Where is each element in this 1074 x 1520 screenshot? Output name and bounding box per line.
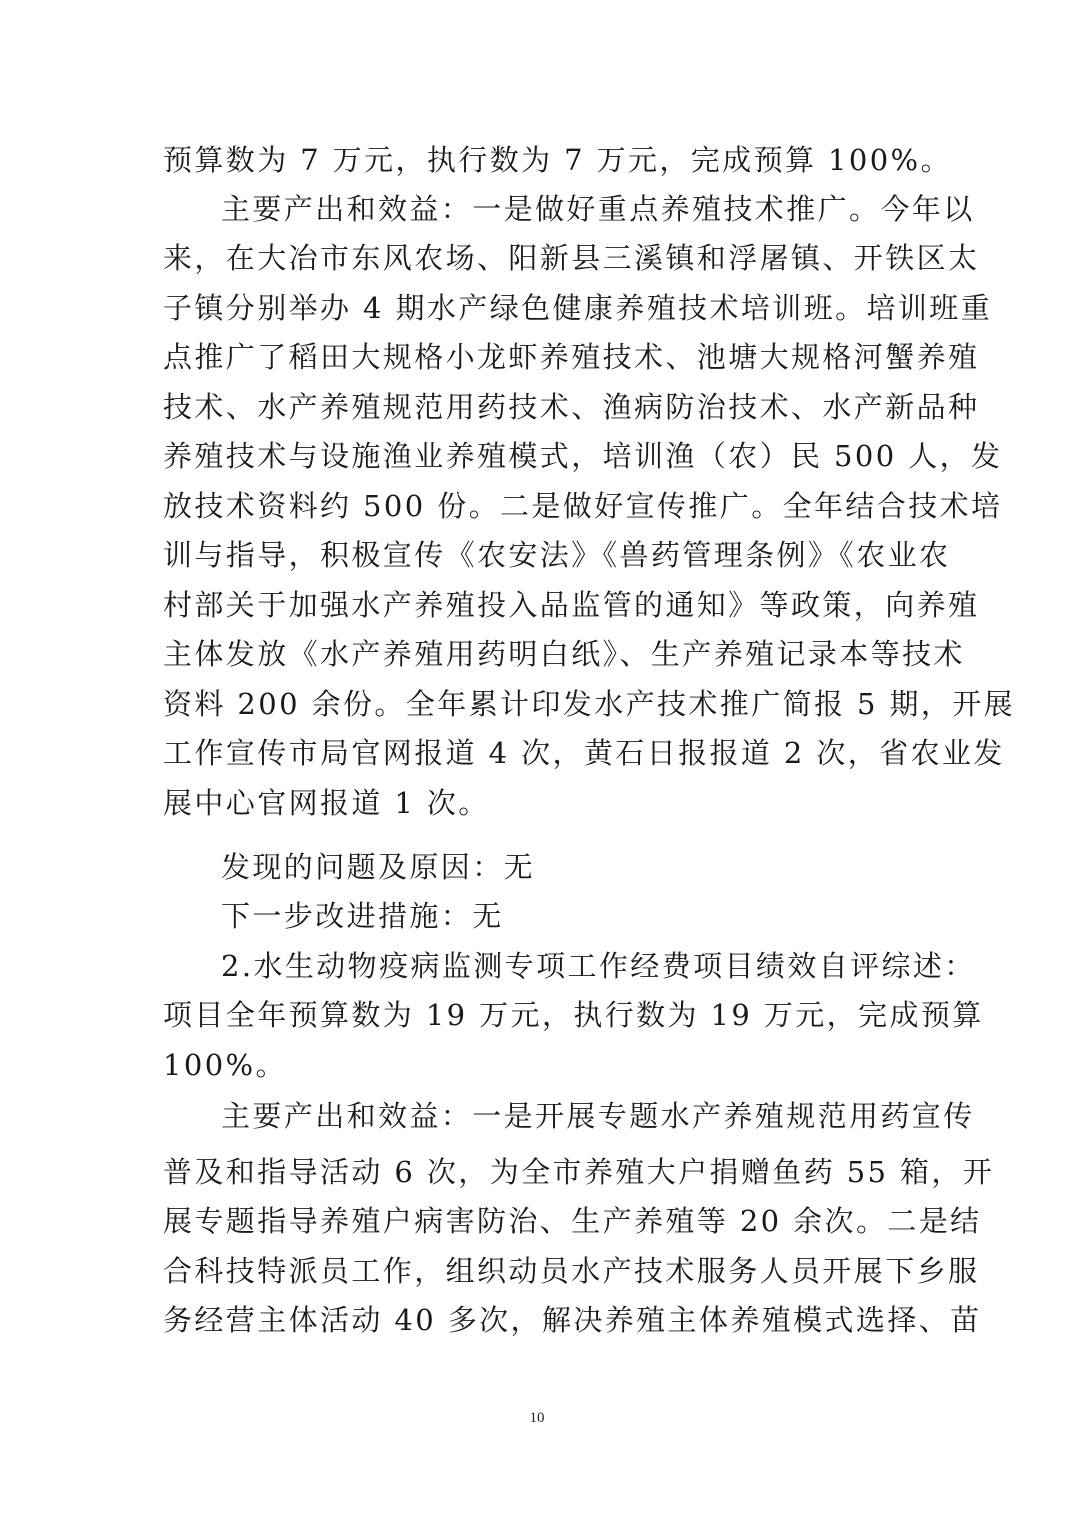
paragraph-line: 主要产出和效益：一是开展专题水产养殖规范用药宣传 <box>221 1096 971 1136</box>
paragraph-line: 预算数为 7 万元，执行数为 7 万元，完成预算 100%。 <box>163 140 913 180</box>
problems-line: 发现的问题及原因：无 <box>221 847 971 887</box>
paragraph-line: 普及和指导活动 6 次，为全市养殖大户捐赠鱼药 55 箱，开 <box>163 1152 913 1192</box>
paragraph-line: 主要产出和效益：一是做好重点养殖技术推广。今年以 <box>221 189 971 229</box>
paragraph-line: 子镇分别举办 4 期水产绿色健康养殖技术培训班。培训班重 <box>163 288 913 328</box>
paragraph-line: 来，在大冶市东风农场、阳新县三溪镇和浮屠镇、开铁区太 <box>163 238 913 278</box>
section-heading-line: 2.水生动物疫病监测专项工作经费项目绩效自评综述： <box>221 946 971 986</box>
page-number: 10 <box>0 1410 1074 1427</box>
paragraph-line: 合科技特派员工作，组织动员水产技术服务人员开展下乡服 <box>163 1251 913 1291</box>
paragraph-line: 展专题指导养殖户病害防治、生产养殖等 20 余次。二是结 <box>163 1201 913 1241</box>
paragraph-line: 点推广了稻田大规格小龙虾养殖技术、池塘大规格河蟹养殖 <box>163 337 913 377</box>
paragraph-line: 训与指导，积极宣传《农安法》《兽药管理条例》《农业农 <box>163 535 913 575</box>
paragraph-line: 项目全年预算数为 19 万元，执行数为 19 万元，完成预算 <box>163 995 913 1035</box>
paragraph-line: 展中心官网报道 1 次。 <box>163 783 913 823</box>
improvement-line: 下一步改进措施：无 <box>221 896 971 936</box>
paragraph-line: 工作宣传市局官网报道 4 次，黄石日报报道 2 次，省农业发 <box>163 733 913 773</box>
paragraph-line: 务经营主体活动 40 多次，解决养殖主体养殖模式选择、苗 <box>163 1300 913 1340</box>
paragraph-line: 主体发放《水产养殖用药明白纸》、生产养殖记录本等技术 <box>163 634 913 674</box>
paragraph-line: 村部关于加强水产养殖投入品监管的通知》等政策，向养殖 <box>163 585 913 625</box>
document-page: 预算数为 7 万元，执行数为 7 万元，完成预算 100%。 主要产出和效益：一… <box>0 0 1074 1520</box>
paragraph-line: 放技术资料约 500 份。二是做好宣传推广。全年结合技术培 <box>163 486 913 526</box>
paragraph-line: 技术、水产养殖规范用药技术、渔病防治技术、水产新品种 <box>163 387 913 427</box>
paragraph-line: 养殖技术与设施渔业养殖模式，培训渔（农）民 500 人，发 <box>163 436 913 476</box>
paragraph-line: 100%。 <box>163 1045 913 1085</box>
paragraph-line: 资料 200 余份。全年累计印发水产技术推广简报 5 期，开展 <box>163 684 913 724</box>
